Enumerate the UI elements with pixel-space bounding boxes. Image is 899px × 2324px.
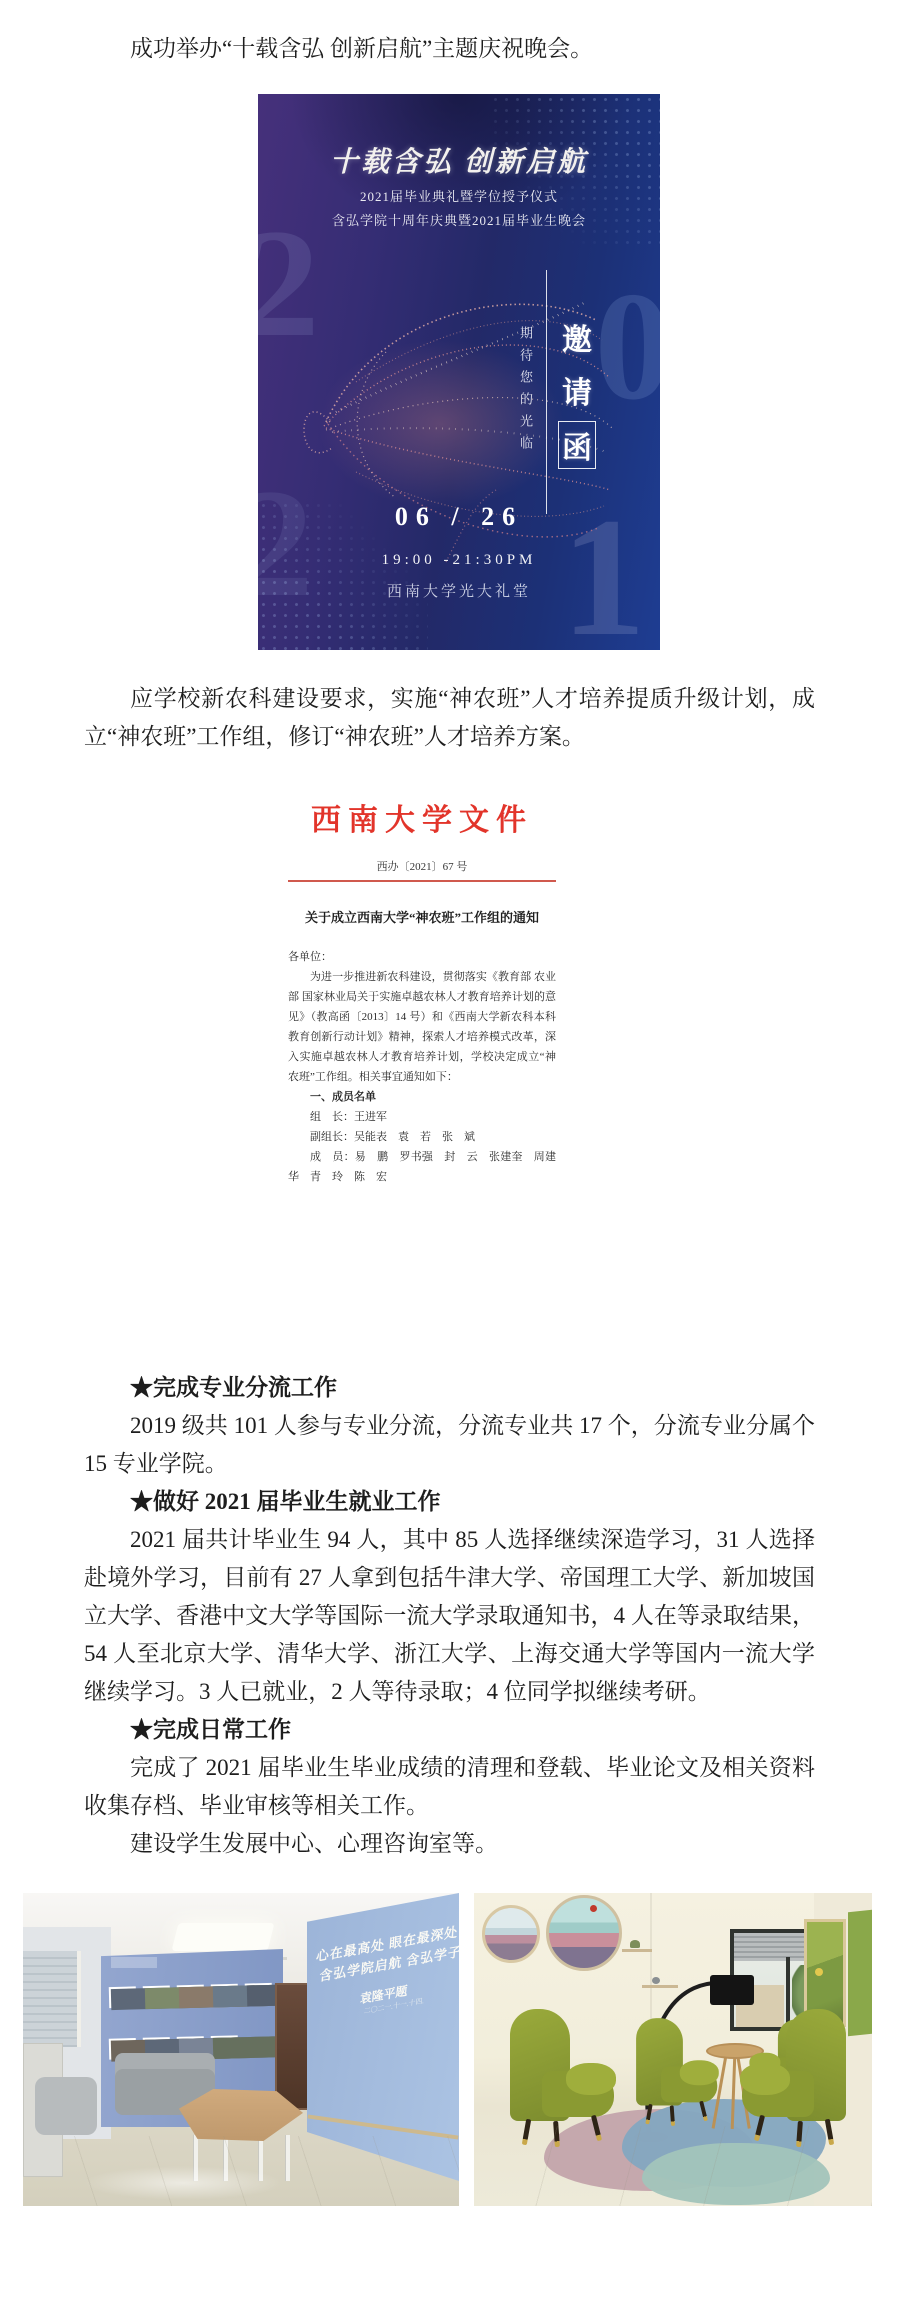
document-salutation: 各单位： (288, 947, 556, 967)
section-heading: ★完成专业分流工作 (84, 1369, 815, 1407)
intro-paragraph-1: 成功举办“十载含弘 创新启航”主题庆祝晚会。 (84, 30, 815, 68)
photo-counseling-room (474, 1893, 872, 2206)
invitation-tagline: 期待您的光临 (516, 326, 535, 458)
document-body-paragraph: 为进一步推进新农科建设，贯彻落实《教育部 农业部 国家林业局关于实施卓越农林人才… (288, 967, 556, 1087)
green-armchair (636, 2018, 722, 2126)
wall-plaque (111, 1957, 157, 1968)
section-heading: ★做好 2021 届毕业生就业工作 (84, 1483, 815, 1521)
framed-photos-row (109, 1983, 272, 2008)
poster-subtitle-2: 含弘学院十周年庆典暨2021届毕业生晚会 (258, 210, 660, 229)
intro-paragraph-2: 应学校新农科建设要求，实施“神农班”人才培养提质升级计划，成立“神农班”工作组，… (84, 680, 815, 756)
report-page: 成功举办“十载含弘 创新启航”主题庆祝晚会。 2 0 2 1 (0, 0, 899, 2324)
official-document-scan: 西南大学文件 西办〔2021〕67 号 关于成立西南大学“神农班”工作组的通知 … (288, 802, 556, 1187)
section-paragraph: 2019 级共 101 人参与专业分流，分流专业共 17 个，分流专业分属个 1… (84, 1407, 815, 1483)
photo-student-development-center: 心在最高处 眼在最深处 含弘学院启航 含弘学子起步 袁隆平题 二〇二一.十一.十… (23, 1893, 459, 2206)
invitation-char-boxed: 函 (558, 421, 596, 469)
invitation-divider-line (546, 270, 547, 514)
document-section-heading: 一、成员名单 (288, 1087, 556, 1107)
document-member-line: 组 长：王进军 (288, 1107, 556, 1127)
celebration-invitation-poster: 2 0 2 1 十载含弘 创新启航 2021届毕业典礼暨学位授予仪式 含弘学院 (258, 94, 660, 650)
section-paragraph: 2021 届共计毕业生 94 人，其中 85 人选择继续深造学习，31 人选择赴… (84, 1521, 815, 1711)
poster-event-venue: 西南大学光大礼堂 (258, 580, 660, 601)
plant-wall-frame (848, 1910, 872, 2037)
invitation-char: 邀 (562, 315, 592, 359)
document-body-column: 各单位： 为进一步推进新农科建设，贯彻落实《教育部 农业部 国家林业局关于实施卓… (288, 947, 556, 1187)
photo-row: 心在最高处 眼在最深处 含弘学院启航 含弘学子起步 袁隆平题 二〇二一.十一.十… (23, 1893, 899, 2206)
poster-event-date: 06 / 26 (258, 502, 660, 532)
invitation-char: 请 (562, 368, 592, 412)
tile-floor (474, 2126, 872, 2206)
document-member-line: 副组长：吴能表 袁 若 张 斌 (288, 1127, 556, 1147)
round-wall-art (482, 1905, 540, 1963)
poster-title: 十载含弘 创新启航 (258, 140, 660, 180)
document-red-header: 西南大学文件 (288, 802, 556, 840)
document-member-line: 成 员：易 鹏 罗书强 封 云 张建奎 周建华 青 玲 陈 宏 (288, 1147, 556, 1187)
balloon-detail (590, 1905, 597, 1912)
poster-event-time: 19:00 -21:30PM (258, 552, 660, 569)
poster-subtitle-1: 2021届毕业典礼暨学位授予仪式 (258, 186, 660, 205)
report-sections: ★完成专业分流工作 2019 级共 101 人参与专业分流，分流专业共 17 个… (0, 1369, 899, 1863)
document-red-line (288, 880, 556, 882)
tile-floor (23, 2136, 459, 2206)
window-blinds (23, 1951, 81, 2047)
section-heading: ★完成日常工作 (84, 1711, 815, 1749)
invitation-block: 期待您的光临 邀 请 函 (516, 266, 596, 518)
invitation-title: 邀 请 函 (558, 315, 596, 469)
round-wall-art (546, 1895, 622, 1971)
section-paragraph: 建设学生发展中心、心理咨询室等。 (84, 1825, 815, 1863)
section-paragraph: 完成了 2021 届毕业生毕业成绩的清理和登载、毕业论文及相关资料收集存档、毕业… (84, 1749, 815, 1825)
document-title: 关于成立西南大学“神农班”工作组的通知 (288, 908, 556, 927)
gray-armchair (35, 2077, 97, 2135)
ceiling-light (172, 1923, 275, 1951)
door (275, 1983, 309, 2110)
document-number: 西办〔2021〕67 号 (288, 858, 556, 874)
